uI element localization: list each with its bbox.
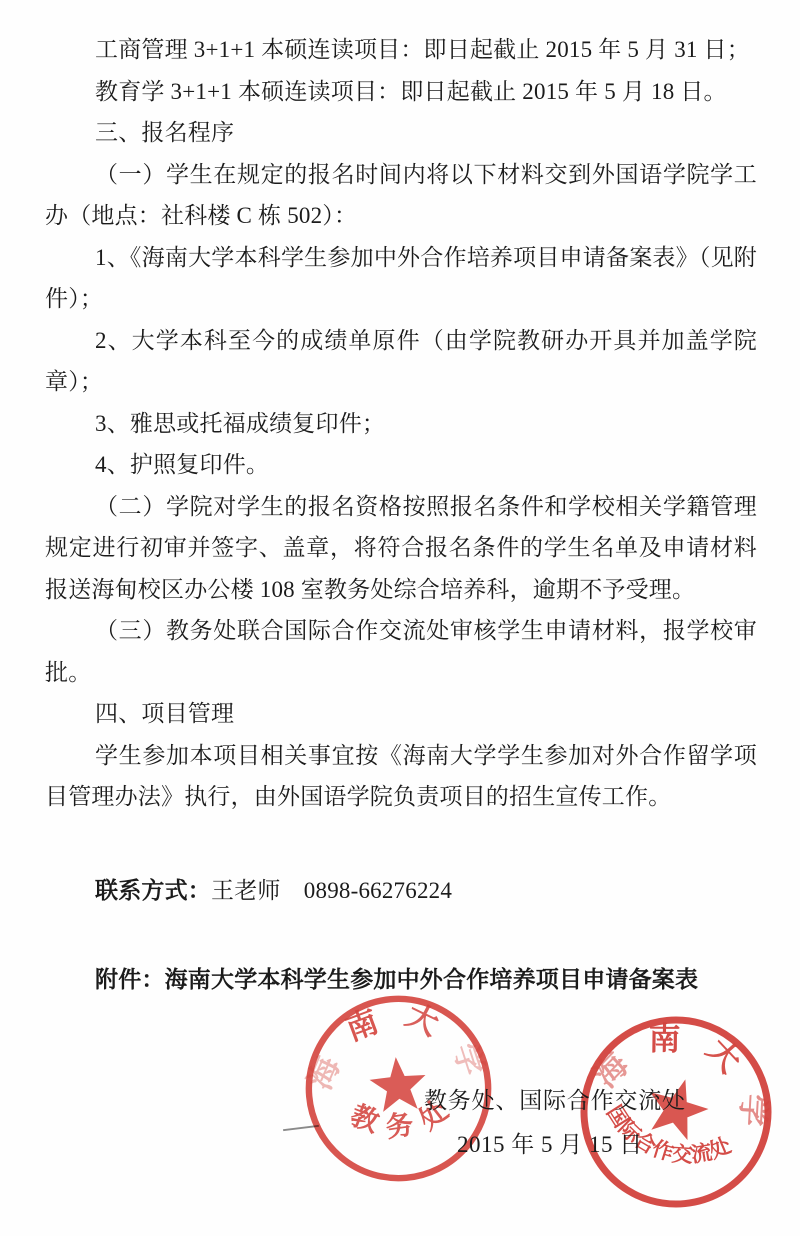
paragraph-material-3: 3、雅思或托福成绩复印件； bbox=[45, 403, 757, 445]
paragraph-3-1: （一）学生在规定的报名时间内将以下材料交到外国语学院学工办（地点：社科楼 C 栋… bbox=[45, 154, 757, 237]
paragraph-3-3: （三）教务处联合国际合作交流处审核学生申请材料，报学校审批。 bbox=[45, 610, 757, 693]
paragraph-3-2: （二）学院对学生的报名资格按照报名条件和学校相关学籍管理规定进行初审并签字、盖章… bbox=[45, 486, 757, 611]
heading-section-4: 四、项目管理 bbox=[45, 693, 757, 735]
contact-value: 王老师 0898-66276224 bbox=[211, 878, 452, 903]
contact-line: 联系方式：王老师 0898-66276224 bbox=[45, 870, 757, 912]
attachment-label: 附件： bbox=[95, 966, 165, 992]
paragraph-material-2: 2、大学本科至今的成绩单原件（由学院教研办开具并加盖学院章）； bbox=[45, 320, 757, 403]
heading-section-3: 三、报名程序 bbox=[45, 112, 757, 154]
document-body: 工商管理 3+1+1 本硕连读项目：即日起截止 2015 年 5 月 31 日；… bbox=[45, 29, 757, 1001]
star-icon bbox=[368, 1055, 429, 1113]
document-page: 工商管理 3+1+1 本硕连读项目：即日起截止 2015 年 5 月 31 日；… bbox=[0, 0, 800, 1236]
paragraph-material-4: 4、护照复印件。 bbox=[45, 444, 757, 486]
paragraph-material-1: 1、《海南大学本科学生参加中外合作培养项目申请备案表》（见附件）； bbox=[45, 237, 757, 320]
contact-label: 联系方式： bbox=[95, 877, 211, 903]
paragraph-4-1: 学生参加本项目相关事宜按《海南大学学生参加对外合作留学项目管理办法》执行，由外国… bbox=[45, 735, 757, 818]
paragraph-deadline-education: 教育学 3+1+1 本硕连读项目：即日起截止 2015 年 5 月 18 日。 bbox=[45, 71, 757, 113]
signature-date: 2015 年 5 月 15 日 bbox=[457, 1126, 643, 1159]
paragraph-deadline-business: 工商管理 3+1+1 本硕连读项目：即日起截止 2015 年 5 月 31 日； bbox=[45, 29, 757, 71]
signature-departments: 教务处、国际合作交流处 bbox=[424, 1082, 686, 1115]
